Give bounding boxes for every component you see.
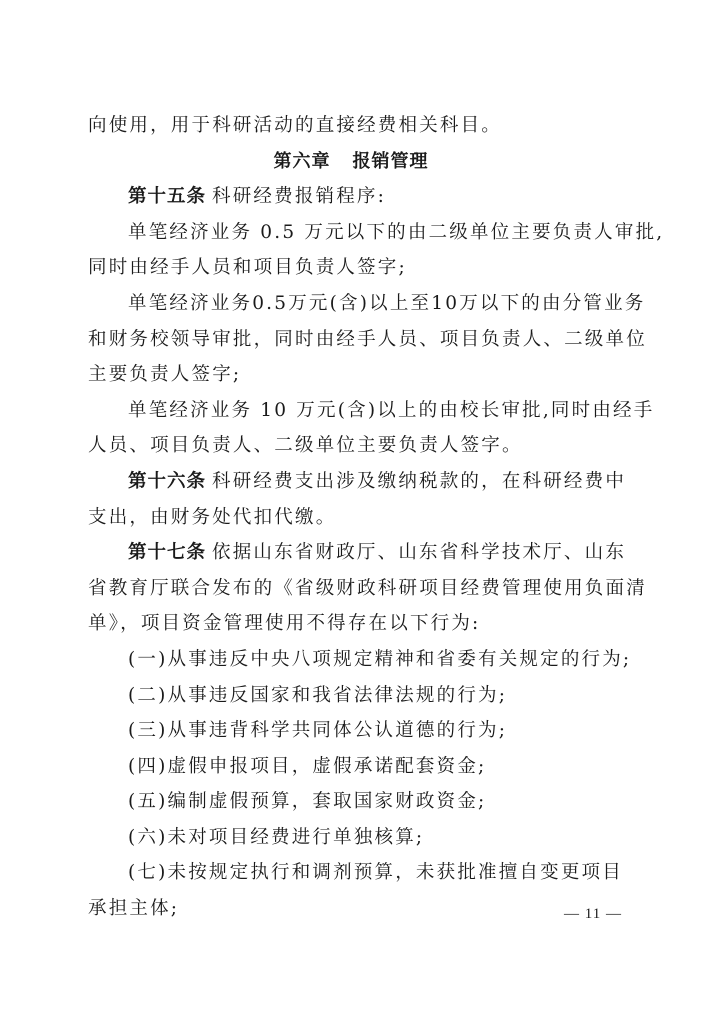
text-line: 向使用，用于科研活动的直接经费相关科目。 [88, 108, 614, 144]
text-line: 单笔经济业务 10 万元(含)以上的由校长审批,同时由经手 [88, 393, 614, 429]
article-label: 第十六条 [128, 471, 206, 492]
article-label: 第十五条 [128, 186, 206, 207]
list-item: (七)未按规定执行和调剂预算，未获批准擅自变更项目 [88, 855, 614, 891]
list-item: (四)虚假申报项目，虚假承诺配套资金; [88, 749, 614, 785]
article-label: 第十七条 [128, 542, 206, 563]
list-item: (二)从事违反国家和我省法律法规的行为; [88, 678, 614, 714]
text-line: 主要负责人签字; [88, 357, 614, 393]
document-page: 向使用，用于科研活动的直接经费相关科目。 第六章报销管理 第十五条科研经费报销程… [88, 108, 614, 927]
text-line: 单笔经济业务 0.5 万元以下的由二级单位主要负责人审批, [88, 215, 614, 251]
text-line: 单笔经济业务0.5万元(含)以上至10万以下的由分管业务 [88, 286, 614, 322]
article-text: 科研经费报销程序: [212, 186, 386, 207]
page-number: — 11 — [564, 906, 622, 923]
text-line: 单》，项目资金管理使用不得存在以下行为: [88, 606, 614, 642]
text-line: 人员、项目负责人、二级单位主要负责人签字。 [88, 428, 614, 464]
article-16-heading: 第十六条科研经费支出涉及缴纳税款的，在科研经费中 [88, 464, 614, 500]
text-line: 和财务校领导审批，同时由经手人员、项目负责人、二级单位 [88, 322, 614, 358]
article-15-heading: 第十五条科研经费报销程序: [88, 179, 614, 215]
text-line: 承担主体; [88, 891, 614, 927]
text-line: 同时由经手人员和项目负责人签字; [88, 250, 614, 286]
text-line: 支出，由财务处代扣代缴。 [88, 500, 614, 536]
list-item: (一)从事违反中央八项规定精神和省委有关规定的行为; [88, 642, 614, 678]
chapter-title: 报销管理 [353, 151, 429, 172]
article-text: 科研经费支出涉及缴纳税款的，在科研经费中 [212, 471, 626, 492]
article-17-heading: 第十七条依据山东省财政厅、山东省科学技术厅、山东 [88, 535, 614, 571]
chapter-number: 第六章 [274, 151, 331, 172]
list-item: (五)编制虚假预算，套取国家财政资金; [88, 784, 614, 820]
chapter-heading: 第六章报销管理 [88, 144, 614, 180]
article-text: 依据山东省财政厅、山东省科学技术厅、山东 [212, 542, 626, 563]
list-item: (六)未对项目经费进行单独核算; [88, 820, 614, 856]
list-item: (三)从事违背科学共同体公认道德的行为; [88, 713, 614, 749]
text-line: 省教育厅联合发布的《省级财政科研项目经费管理使用负面清 [88, 571, 614, 607]
